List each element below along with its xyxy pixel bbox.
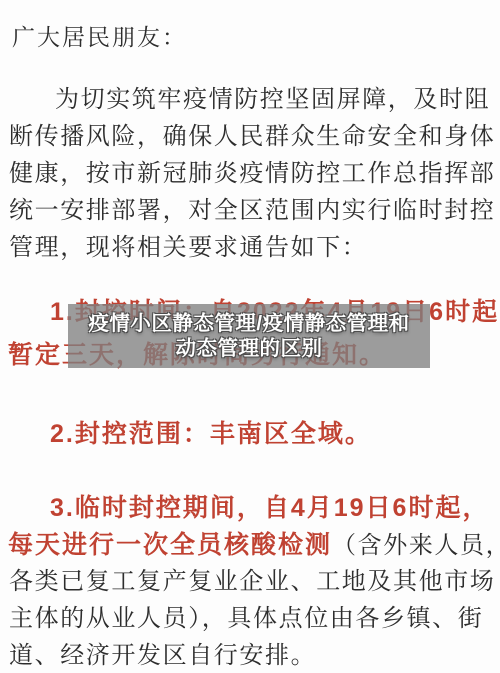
watermark-title-line-1: 疫情小区静态管理/疫情静态管理和 (88, 311, 409, 336)
item3-testing-line-1: 3.临时封控期间，自4月19日6时起， (50, 493, 489, 523)
item3-testing-line-2: 每天进行一次全员核酸检测（含外来人员， (8, 530, 500, 561)
intro-paragraph-line-3: 健康，按市新冠肺炎疫情防控工作总指挥部 (9, 159, 495, 189)
item3-testing-line-5: 道、经济开发区自行安排。 (9, 641, 316, 671)
watermark-title-line-2: 动态管理的区别 (176, 336, 323, 361)
intro-paragraph-line-5: 管理，现将相关要求通告如下： (9, 233, 367, 263)
intro-paragraph-line-4: 统一安排部署，对全区范围内实行临时封控 (9, 196, 495, 226)
item3-testing-line-2-red: 每天进行一次全员核酸检测 (8, 531, 332, 559)
salutation-line: 广大居民朋友： (12, 22, 187, 52)
intro-paragraph-line-1: 为切实筑牢疫情防控坚固屏障，及时阻 (55, 85, 490, 115)
intro-paragraph-line-2: 断传播风险，确保人民群众生命安全和身体 (9, 122, 495, 152)
item2-lockdown-scope: 2.封控范围：丰南区全域。 (50, 419, 372, 449)
item3-testing-line-2-black: （含外来人员， (332, 532, 500, 559)
notice-document: 广大居民朋友： 为切实筑牢疫情防控坚固屏障，及时阻 断传播风险，确保人民群众生命… (0, 0, 500, 673)
item3-testing-line-4: 主体的从业人员），具体点位由各乡镇、街 (9, 604, 483, 634)
item3-testing-line-3: 各类已复工复产复业企业、工地及其他市场 (9, 567, 495, 597)
watermark-title-overlay: 疫情小区静态管理/疫情静态管理和 动态管理的区别 (68, 304, 430, 368)
